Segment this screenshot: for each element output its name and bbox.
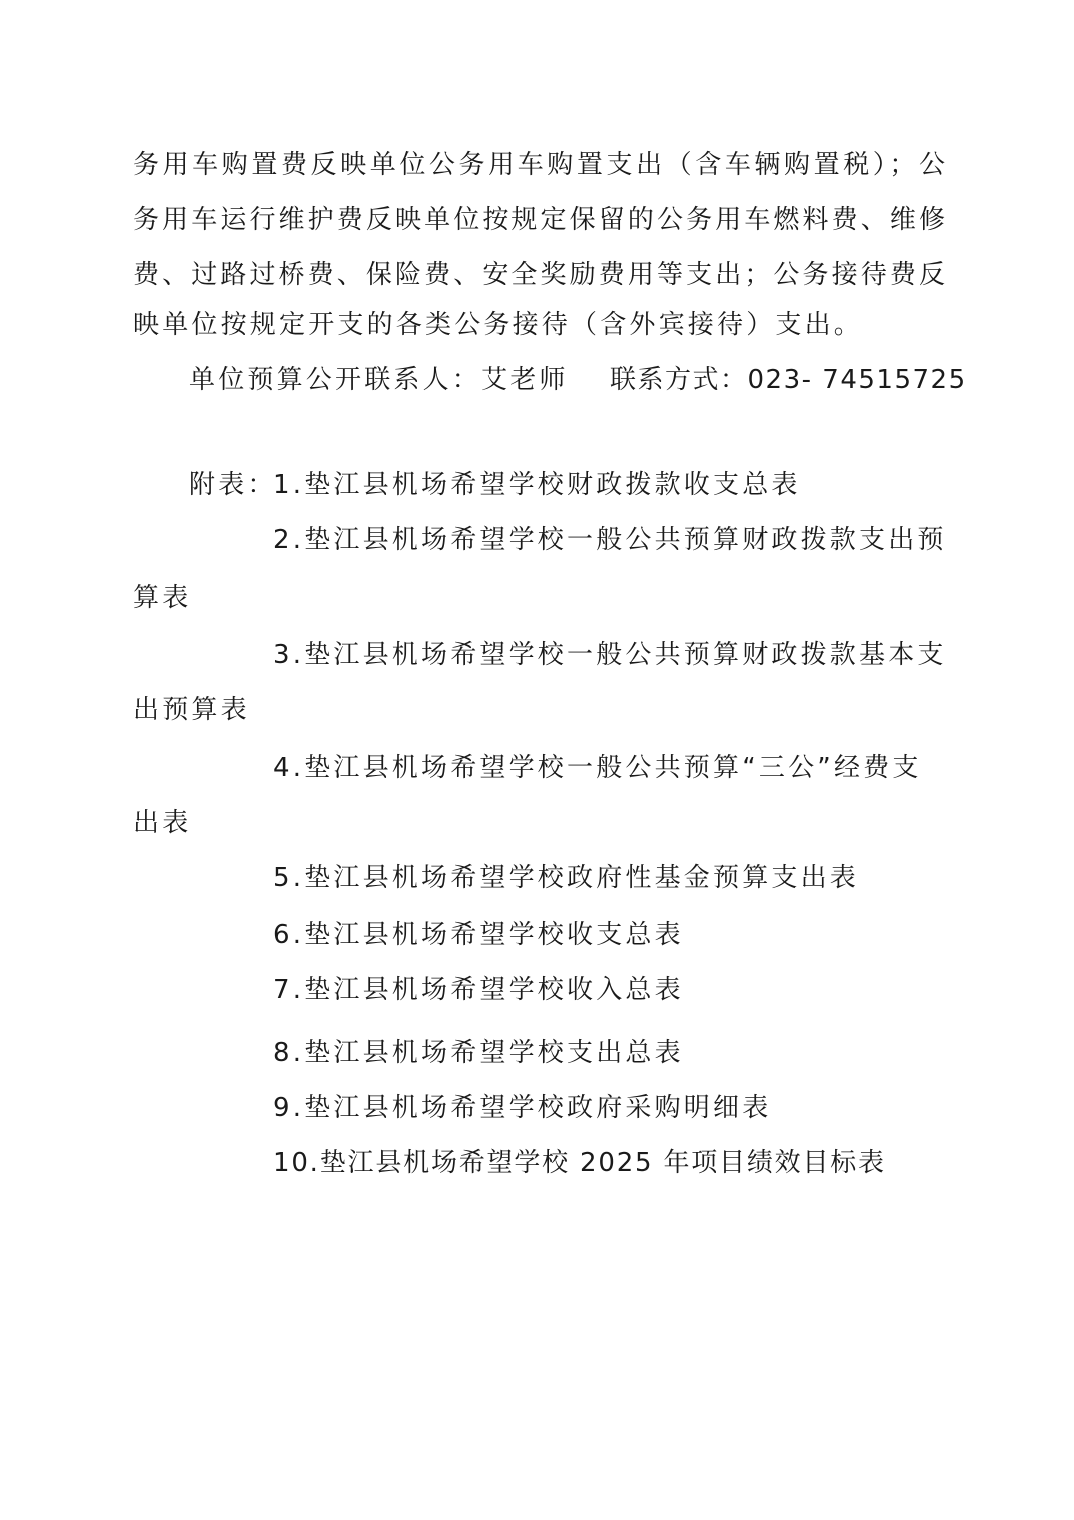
- attachment-item: 9.垫江县机场希望学校政府采购明细表: [273, 1091, 771, 1125]
- attachment-item: 1.垫江县机场希望学校财政拨款收支总表: [273, 468, 801, 502]
- attachment-item: 4.垫江县机场希望学校一般公共预算“三公”经费支: [273, 751, 922, 785]
- attachment-item: 7.垫江县机场希望学校收入总表: [273, 973, 684, 1007]
- paragraph-line: 务用车运行维护费反映单位按规定保留的公务用车燃料费、维修: [133, 203, 945, 237]
- attachment-item: 6.垫江县机场希望学校收支总表: [273, 918, 684, 952]
- attachments-prefix: 附表：: [189, 468, 277, 502]
- paragraph-line: 映单位按规定开支的各类公务接待（含外宾接待）支出。: [133, 308, 863, 342]
- contact-phone: 联系方式：023- 74515725: [610, 363, 967, 397]
- attachment-item-continuation: 出预算表: [133, 693, 250, 727]
- attachment-item: 10.垫江县机场希望学校 2025 年项目绩效目标表: [273, 1146, 886, 1180]
- attachment-item-continuation: 算表: [133, 581, 191, 615]
- contact-person: 单位预算公开联系人：艾老师: [189, 363, 569, 397]
- attachment-item: 5.垫江县机场希望学校政府性基金预算支出表: [273, 861, 859, 895]
- paragraph-line: 费、过路过桥费、保险费、安全奖励费用等支出；公务接待费反: [133, 258, 945, 292]
- paragraph-line: 务用车购置费反映单位公务用车购置支出（含车辆购置税）；公: [133, 148, 945, 182]
- attachment-item: 8.垫江县机场希望学校支出总表: [273, 1036, 684, 1070]
- attachment-item-continuation: 出表: [133, 806, 191, 840]
- attachment-item: 2.垫江县机场希望学校一般公共预算财政拨款支出预: [273, 523, 947, 557]
- attachment-item: 3.垫江县机场希望学校一般公共预算财政拨款基本支: [273, 638, 947, 672]
